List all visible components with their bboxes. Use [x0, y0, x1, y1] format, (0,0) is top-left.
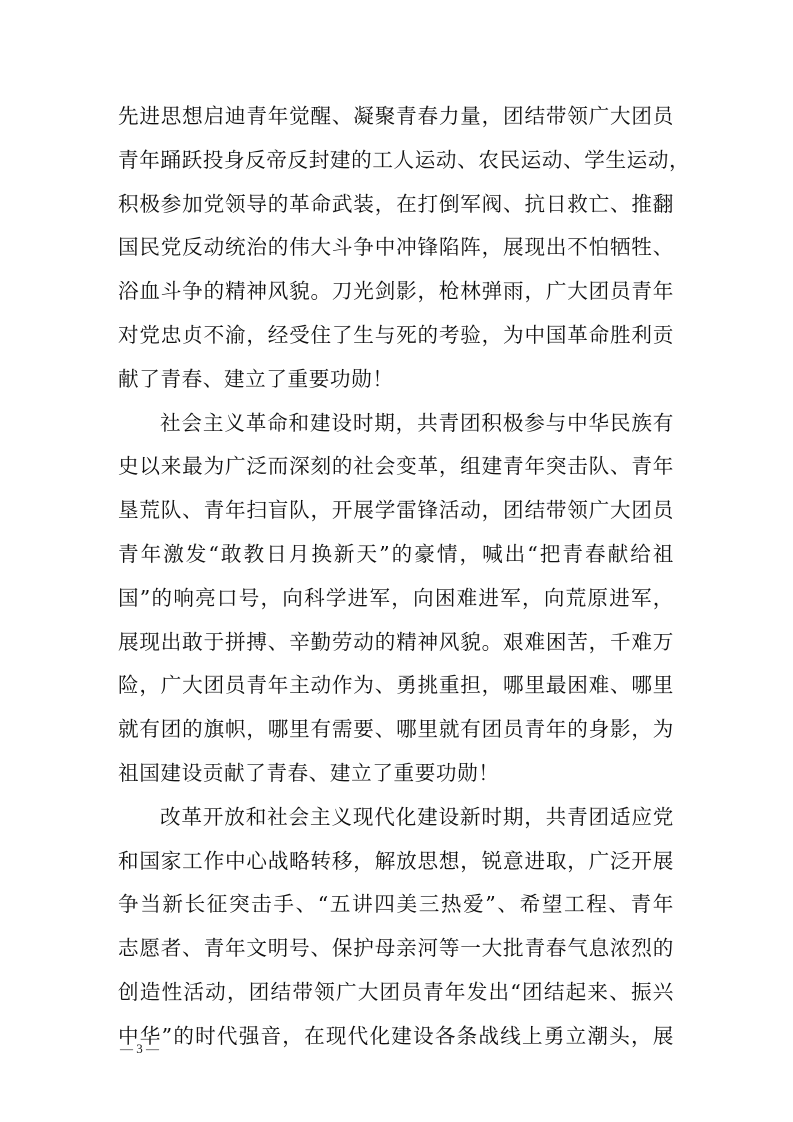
- paragraph-3-line-3: 争当新长征突击手、“五讲四美三热爱”、希望工程、青年: [118, 883, 674, 927]
- paragraph-2-line-7: 险，广大团员青年主动作为、勇挑重担，哪里最困难、哪里: [118, 664, 674, 708]
- paragraph-2-line-3: 垦荒队、青年扫盲队，开展学雷锋活动，团结带领广大团员: [118, 489, 674, 533]
- paragraph-1-line-7: 献了青春、建立了重要功勋！: [118, 358, 674, 402]
- paragraph-1-line-1: 先进思想启迪青年觉醒、凝聚青春力量，团结带领广大团员: [118, 95, 674, 139]
- paragraph-1-line-2: 青年踊跃投身反帝反封建的工人运动、农民运动、学生运动，: [118, 139, 674, 183]
- body-text: 先进思想启迪青年觉醒、凝聚青春力量，团结带领广大团员 青年踊跃投身反帝反封建的工…: [118, 95, 674, 1059]
- paragraph-2-line-9: 祖国建设贡献了青春、建立了重要功勋！: [118, 752, 674, 796]
- paragraph-2-line-8: 就有团的旗帜，哪里有需要、哪里就有团员青年的身影，为: [118, 708, 674, 752]
- paragraph-1-line-5: 浴血斗争的精神风貌。刀光剑影，枪林弹雨，广大团员青年: [118, 270, 674, 314]
- paragraph-1-line-4: 国民党反动统治的伟大斗争中冲锋陷阵，展现出不怕牺牲、: [118, 226, 674, 270]
- paragraph-1-line-6: 对党忠贞不渝，经受住了生与死的考验，为中国革命胜利贡: [118, 314, 674, 358]
- paragraph-2-line-6: 展现出敢于拼搏、辛勤劳动的精神风貌。艰难困苦，千难万: [118, 621, 674, 665]
- paragraph-1-line-3: 积极参加党领导的革命武装，在打倒军阀、抗日救亡、推翻: [118, 183, 674, 227]
- paragraph-2-line-1: 社会主义革命和建设时期，共青团积极参与中华民族有: [118, 402, 674, 446]
- page-number: — 3 —: [120, 1041, 159, 1057]
- document-page: 先进思想启迪青年觉醒、凝聚青春力量，团结带领广大团员 青年踊跃投身反帝反封建的工…: [0, 0, 793, 1122]
- paragraph-3-line-1: 改革开放和社会主义现代化建设新时期，共青团适应党: [118, 796, 674, 840]
- paragraph-2-line-2: 史以来最为广泛而深刻的社会变革，组建青年突击队、青年: [118, 445, 674, 489]
- paragraph-3-line-5: 创造性活动，团结带领广大团员青年发出“团结起来、振兴: [118, 971, 674, 1015]
- paragraph-3-line-4: 志愿者、青年文明号、保护母亲河等一大批青春气息浓烈的: [118, 927, 674, 971]
- paragraph-3-line-6: 中华”的时代强音，在现代化建设各条战线上勇立潮头，展: [118, 1015, 674, 1059]
- paragraph-2-line-5: 国”的响亮口号，向科学进军，向困难进军，向荒原进军，: [118, 577, 674, 621]
- paragraph-3-line-2: 和国家工作中心战略转移，解放思想，锐意进取，广泛开展: [118, 840, 674, 884]
- paragraph-2-line-4: 青年激发“敢教日月换新天”的豪情，喊出“把青春献给祖: [118, 533, 674, 577]
